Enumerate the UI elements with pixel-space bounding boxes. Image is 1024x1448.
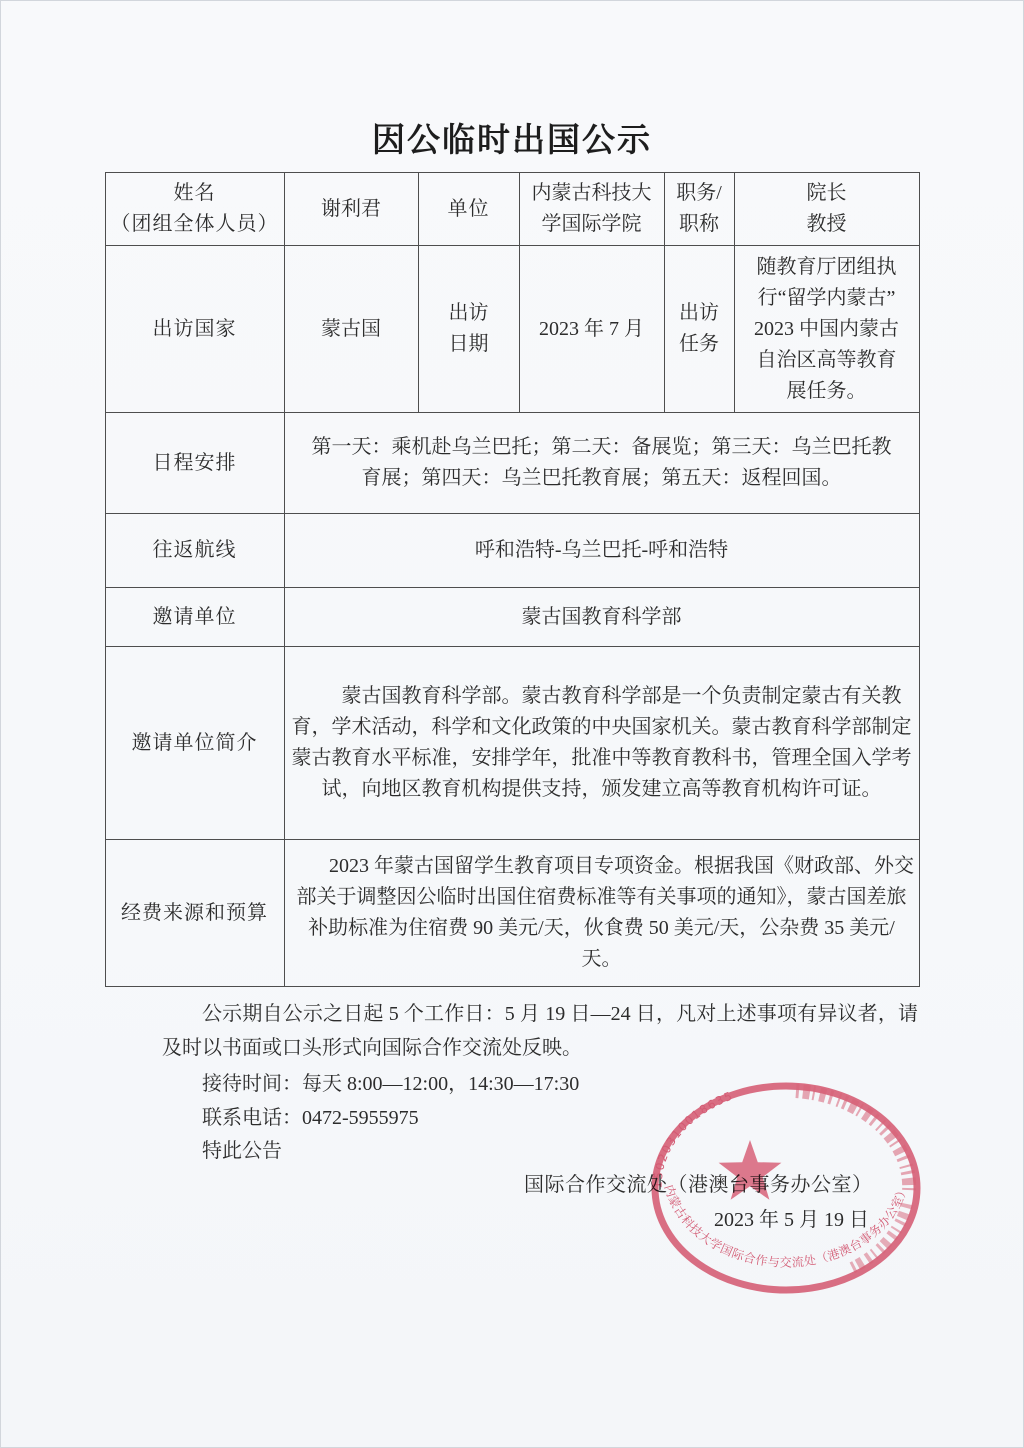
cell-title-value: 院长 教授 [734, 173, 919, 246]
table-row: 经费来源和预算 2023 年蒙古国留学生教育项目专项资金。根据我国《财政部、外交… [105, 840, 919, 987]
document-page: 因公临时出国公示 姓名 （团组全体人员） 谢利君 单位 内蒙古科技大 学国际学院… [0, 0, 1024, 1448]
table-row: 姓名 （团组全体人员） 谢利君 单位 内蒙古科技大 学国际学院 职务/ 职称 院… [105, 173, 919, 246]
cell-name-label: 姓名 （团组全体人员） [105, 173, 284, 246]
mongolian-script-decoration [796, 1091, 909, 1192]
table-row: 日程安排 第一天：乘机赴乌兰巴托；第二天：备展览；第三天：乌兰巴托教 育展；第四… [105, 413, 919, 514]
cell-name-value: 谢利君 [284, 173, 418, 246]
seal-star-icon [719, 1140, 782, 1200]
cell-date-value: 2023 年 7 月 [519, 246, 664, 413]
table-row: 出访国家 蒙古国 出访 日期 2023 年 7 月 出访 任务 随教育厅团组执 … [105, 246, 919, 413]
cell-inviter-label: 邀请单位 [105, 588, 284, 647]
cell-inviter-intro-value: 蒙古国教育科学部。蒙古教育科学部是一个负责制定蒙古有关教育，学术活动，科学和文化… [284, 647, 919, 840]
cell-unit-value: 内蒙古科技大 学国际学院 [519, 173, 664, 246]
table-row: 邀请单位简介 蒙古国教育科学部。蒙古教育科学部是一个负责制定蒙古有关教育，学术活… [105, 647, 919, 840]
cell-inviter-value: 蒙古国教育科学部 [284, 588, 919, 647]
announcement-table: 姓名 （团组全体人员） 谢利君 单位 内蒙古科技大 学国际学院 职务/ 职称 院… [105, 172, 920, 987]
table-row: 邀请单位 蒙古国教育科学部 [105, 588, 919, 647]
cell-schedule-value: 第一天：乘机赴乌兰巴托；第二天：备展览；第三天：乌兰巴托教 育展；第四天：乌兰巴… [284, 413, 919, 514]
cell-route-value: 呼和浩特-乌兰巴托-呼和浩特 [284, 514, 919, 588]
official-seal: 15020310018635 内蒙古科技大学国际合作与交流处（港澳台事务办公室） [646, 1076, 926, 1300]
page-title: 因公临时出国公示 [0, 0, 1024, 164]
cell-country-label: 出访国家 [105, 246, 284, 413]
seal-serial-number: 15020310018635 [650, 1088, 735, 1188]
cell-task-label: 出访 任务 [664, 246, 734, 413]
table-row: 往返航线 呼和浩特-乌兰巴托-呼和浩特 [105, 514, 919, 588]
cell-date-label: 出访 日期 [418, 246, 519, 413]
cell-inviter-intro-label: 邀请单位简介 [105, 647, 284, 840]
cell-budget-value: 2023 年蒙古国留学生教育项目专项资金。根据我国《财政部、外交部关于调整因公临… [284, 840, 919, 987]
cell-schedule-label: 日程安排 [105, 413, 284, 514]
cell-unit-label: 单位 [418, 173, 519, 246]
seal-unit-text: 内蒙古科技大学国际合作与交流处（港澳台事务办公室） [662, 1183, 911, 1270]
cell-budget-label: 经费来源和预算 [105, 840, 284, 987]
cell-country-value: 蒙古国 [284, 246, 418, 413]
cell-route-label: 往返航线 [105, 514, 284, 588]
publicity-period-notice: 公示期自公示之日起 5 个工作日：5 月 19 日—24 日，凡对上述事项有异议… [162, 997, 918, 1065]
cell-title-label: 职务/ 职称 [664, 173, 734, 246]
cell-task-value: 随教育厅团组执 行“留学内蒙古” 2023 中国内蒙古 自治区高等教育 展任务。 [734, 246, 919, 413]
